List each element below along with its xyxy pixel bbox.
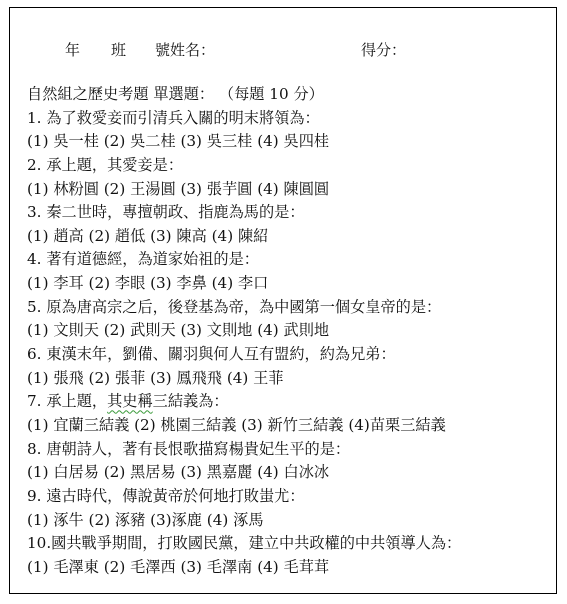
spellcheck-flagged-text[interactable]: 其史稱 (107, 392, 153, 410)
question-7: 7. 承上題，其史稱三結義為： (27, 390, 550, 414)
question-10: 10.國共戰爭期間，打敗國民黨，建立中共政權的中共領導人為： (27, 532, 550, 556)
score-label: 得分： (361, 39, 406, 61)
exam-title: 自然組之歷史考題 單選題： （每題 10 分） (27, 83, 550, 107)
question-2-options: (1) 林粉圓 (2) 王湯圓 (3) 張芋圓 (4) 陳圓圓 (27, 178, 550, 202)
question-8-options: (1) 白居易 (2) 黑居易 (3) 黑嘉麗 (4) 白冰冰 (27, 461, 550, 485)
student-info-header: 年 班 號姓名： 得分： (10, 39, 556, 61)
question-4-options: (1) 李耳 (2) 李眼 (3) 李鼻 (4) 李口 (27, 272, 550, 296)
question-5-options: (1) 文則天 (2) 武則天 (3) 文則地 (4) 武則地 (27, 319, 550, 343)
class-label: 班 (111, 39, 126, 61)
question-10-options: (1) 毛澤東 (2) 毛澤西 (3) 毛澤南 (4) 毛茸茸 (27, 556, 550, 580)
question-2: 2. 承上題，其愛妾是： (27, 154, 550, 178)
question-9-options: (1) 涿牛 (2) 涿豬 (3)涿鹿 (4) 涿馬 (27, 509, 550, 533)
question-3: 3. 秦二世時，專擅朝政、指鹿為馬的是： (27, 201, 550, 225)
question-8: 8. 唐朝詩人，著有長恨歌描寫楊貴妃生平的是： (27, 438, 550, 462)
question-9: 9. 遠古時代，傳說黃帝於何地打敗蚩尤： (27, 485, 550, 509)
question-1-options: (1) 吳一桂 (2) 吳二桂 (3) 吳三桂 (4) 吳四桂 (27, 130, 550, 154)
question-5: 5. 原為唐高宗之后，後登基為帝，為中國第一個女皇帝的是： (27, 296, 550, 320)
question-7-options: (1) 宜蘭三結義 (2) 桃園三結義 (3) 新竹三結義 (4)苗栗三結義 (27, 414, 550, 438)
question-7-text-end: 三結義為： (153, 392, 229, 410)
number-name-label: 號姓名： (155, 39, 215, 61)
question-7-text-start: 7. 承上題， (27, 392, 107, 410)
exam-sheet: 年 班 號姓名： 得分： 自然組之歷史考題 單選題： （每題 10 分） 1. … (9, 7, 557, 594)
question-4: 4. 著有道德經，為道家始祖的是： (27, 248, 550, 272)
exam-body: 自然組之歷史考題 單選題： （每題 10 分） 1. 為了救愛妾而引清兵入關的明… (27, 83, 550, 579)
question-1: 1. 為了救愛妾而引清兵入關的明末將領為： (27, 107, 550, 131)
question-6: 6. 東漢末年，劉備、關羽與何人互有盟約，約為兄弟： (27, 343, 550, 367)
question-3-options: (1) 趙高 (2) 趙低 (3) 陳高 (4) 陳紹 (27, 225, 550, 249)
year-label: 年 (65, 39, 80, 61)
question-6-options: (1) 張飛 (2) 張菲 (3) 鳳飛飛 (4) 王菲 (27, 367, 550, 391)
